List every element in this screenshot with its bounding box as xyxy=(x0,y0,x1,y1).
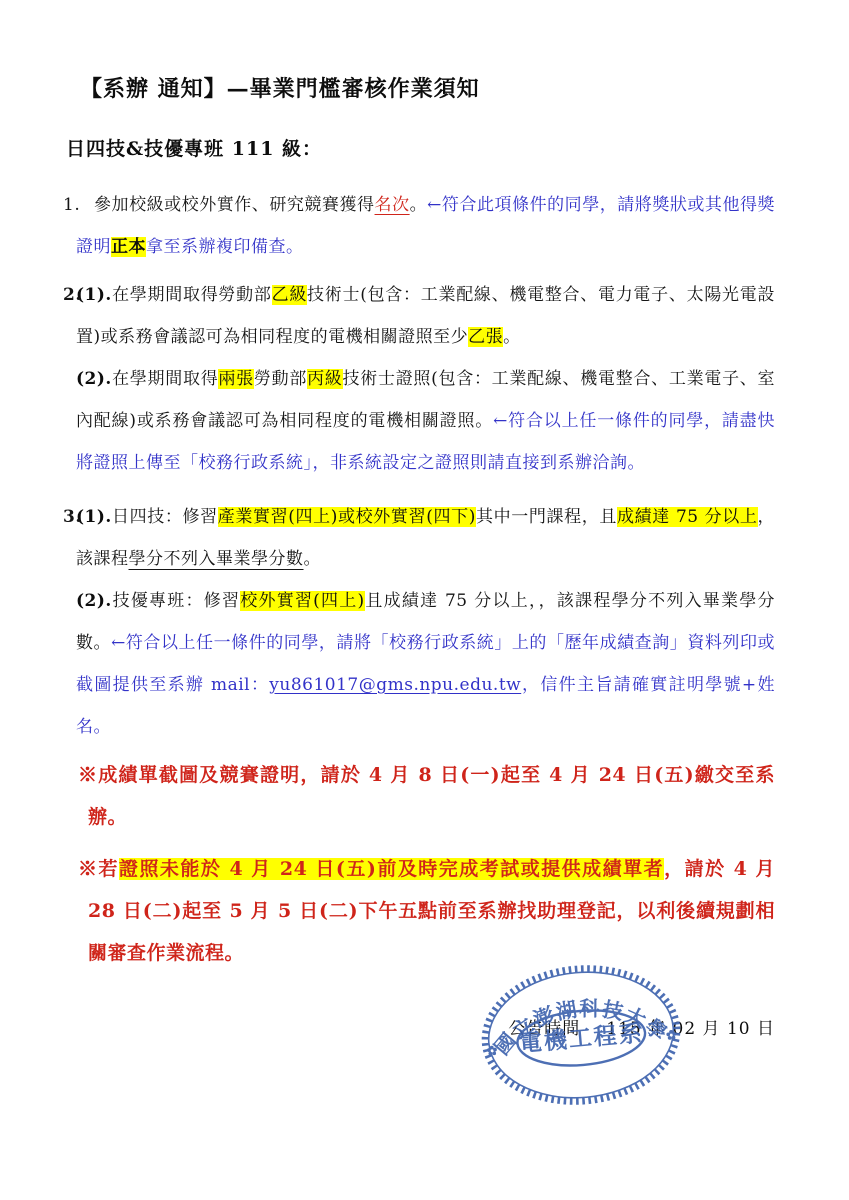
note-marker: ※ xyxy=(78,764,98,786)
stamp-graphic: 國立澎湖科技大學 電機工程系 xyxy=(472,953,690,1116)
paragraph: (1).在學期間取得勞動部乙級技術士(包含：工業配線、機電整合、電力電子、太陽光… xyxy=(76,274,775,358)
item-number: 3. xyxy=(63,496,82,538)
department-stamp: 國立澎湖科技大學 電機工程系 xyxy=(472,953,690,1116)
document-page: 【系辦 通知】—畢業門檻審核作業須知 日四技&技優專班 111 級： 1. 參加… xyxy=(0,0,849,1200)
highlighted-text: 產業實習(四上)或校外實習(四下) xyxy=(218,507,476,527)
text-segment: 。 xyxy=(410,195,428,215)
paragraph: (1).日四技：修習產業實習(四上)或校外實習(四下)其中一門課程，且成績達 7… xyxy=(76,496,775,580)
text-segment: 日四技：修習 xyxy=(112,507,218,527)
text-segment-red: 若 xyxy=(98,858,118,880)
paragraph: (2).在學期間取得兩張勞動部丙級技術士證照(包含：工業配線、機電整合、工業電子… xyxy=(76,358,775,484)
text-segment: 勞動部 xyxy=(254,369,307,389)
item-number: 2. xyxy=(63,274,82,316)
text-segment: 在學期間取得勞動部 xyxy=(112,285,272,305)
sub-item-number: (2). xyxy=(76,591,112,611)
notice-item-2: 2. (1).在學期間取得勞動部乙級技術士(包含：工業配線、機電整合、電力電子、… xyxy=(76,274,775,484)
highlighted-text: 兩張 xyxy=(218,369,253,389)
highlighted-text: 成績達 75 分以上 xyxy=(617,507,757,527)
highlighted-text: 乙級 xyxy=(272,285,307,305)
highlighted-text: 乙張 xyxy=(468,327,503,347)
email-link[interactable]: yu861017@gms.npu.edu.tw xyxy=(269,675,521,695)
highlighted-red-text: 證照未能於 4 月 24 日(五)前及時完成考試或提供成績單者 xyxy=(119,858,664,880)
text-segment: 其中一門課程，且 xyxy=(476,507,617,527)
highlighted-text: 正本 xyxy=(111,237,146,257)
notice-item-3: 3. (1).日四技：修習產業實習(四上)或校外實習(四下)其中一門課程，且成績… xyxy=(76,496,775,748)
underlined-text: 學分不列入畢業學分數 xyxy=(129,549,304,569)
highlighted-text: 丙級 xyxy=(307,369,342,389)
text-segment: 參加校級或校外實作、研究競賽獲得 xyxy=(94,195,375,215)
sub-item-number: (2). xyxy=(76,369,112,389)
page-title: 【系辦 通知】—畢業門檻審核作業須知 xyxy=(80,74,775,104)
text-segment: 。 xyxy=(304,549,322,569)
text-segment: 。 xyxy=(503,327,521,347)
text-segment: 在學期間取得 xyxy=(112,369,219,389)
paragraph: (2).技優專班：修習校外實習(四上)且成績達 75 分以上，，該課程學分不列入… xyxy=(76,580,775,748)
document-content: 【系辦 通知】—畢業門檻審核作業須知 日四技&技優專班 111 級： 1. 參加… xyxy=(0,0,849,1039)
text-segment-blue: 拿至系辦複印備查。 xyxy=(146,237,304,257)
highlighted-text: 校外實習(四上) xyxy=(240,591,364,611)
text-segment: 技優專班：修習 xyxy=(112,591,240,611)
item-number: 1. xyxy=(63,184,80,226)
class-subtitle: 日四技&技優專班 111 級： xyxy=(66,136,775,162)
text-segment-red-underline: 名次 xyxy=(375,195,410,215)
notice-item-1: 1. 參加校級或校外實作、研究競賽獲得名次。←符合此項條件的同學，請將獎狀或其他… xyxy=(76,184,775,268)
paragraph: 參加校級或校外實作、研究競賽獲得名次。←符合此項條件的同學，請將獎狀或其他得獎證… xyxy=(76,184,775,268)
text-segment-red: 成績單截圖及競賽證明，請於 4 月 8 日(一)起至 4 月 24 日(五)繳交… xyxy=(88,764,775,828)
note-marker: ※ xyxy=(78,858,98,880)
note-submission-deadline: ※成績單截圖及競賽證明，請於 4 月 8 日(一)起至 4 月 24 日(五)繳… xyxy=(78,754,775,838)
